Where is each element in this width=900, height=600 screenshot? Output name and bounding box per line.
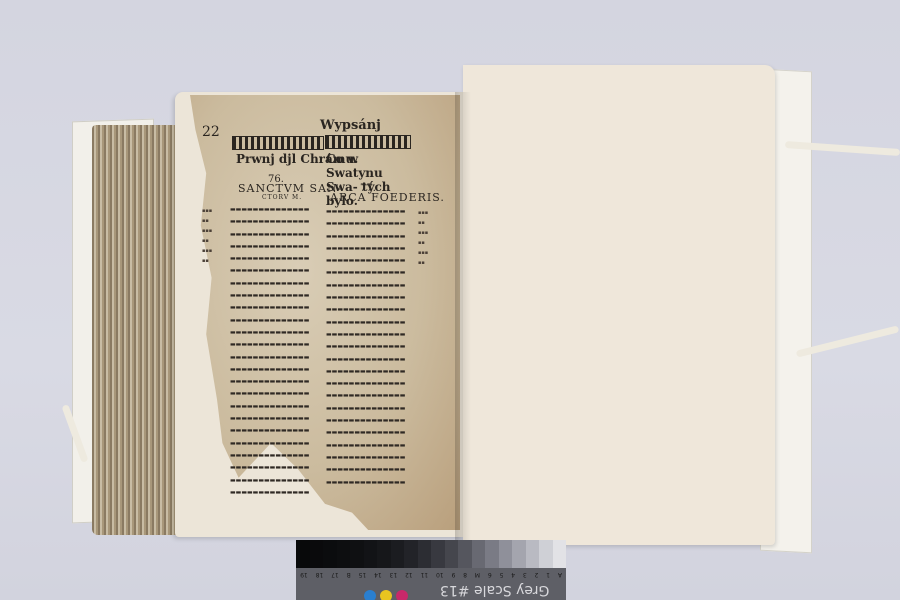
ornament-left [232,136,324,150]
grey-scale-ruler: A123456M89101112131415B171819 [300,571,562,578]
book-gutter [455,92,471,540]
running-head: Wypsánj [320,118,381,133]
column-2-section-title: ARCA FOEDERIS. [330,191,445,204]
left-margin-notes: ▪▪▪ ▪▪ ▪▪▪ ▪▪ ▪▪▪ ▪▪ [202,206,212,266]
column-1-section-subtitle: CTORV M. [262,194,302,201]
right-blank-page [463,65,775,545]
cyan-dot [364,590,376,600]
page-number: 22 [202,124,220,140]
right-margin-notes: ▪▪▪ ▪▪ ▪▪▪ ▪▪ ▪▪▪ ▪▪ [418,208,428,268]
column-1-body-text: ▬▬▬▬▬▬▬▬▬▬▬▬▬▬ ▬▬▬▬▬▬▬▬▬▬▬▬▬▬ ▬▬▬▬▬▬▬▬▬▬… [230,204,322,504]
book-fore-edge [92,125,182,535]
ornament-right [325,135,411,149]
grey-scale-label: Grey Scale #13 [440,582,549,598]
grey-scale-patches [296,540,566,568]
yellow-dot [380,590,392,600]
magenta-dot [396,590,408,600]
column-2-body-text: ▬▬▬▬▬▬▬▬▬▬▬▬▬▬ ▬▬▬▬▬▬▬▬▬▬▬▬▬▬ ▬▬▬▬▬▬▬▬▬▬… [326,206,418,496]
